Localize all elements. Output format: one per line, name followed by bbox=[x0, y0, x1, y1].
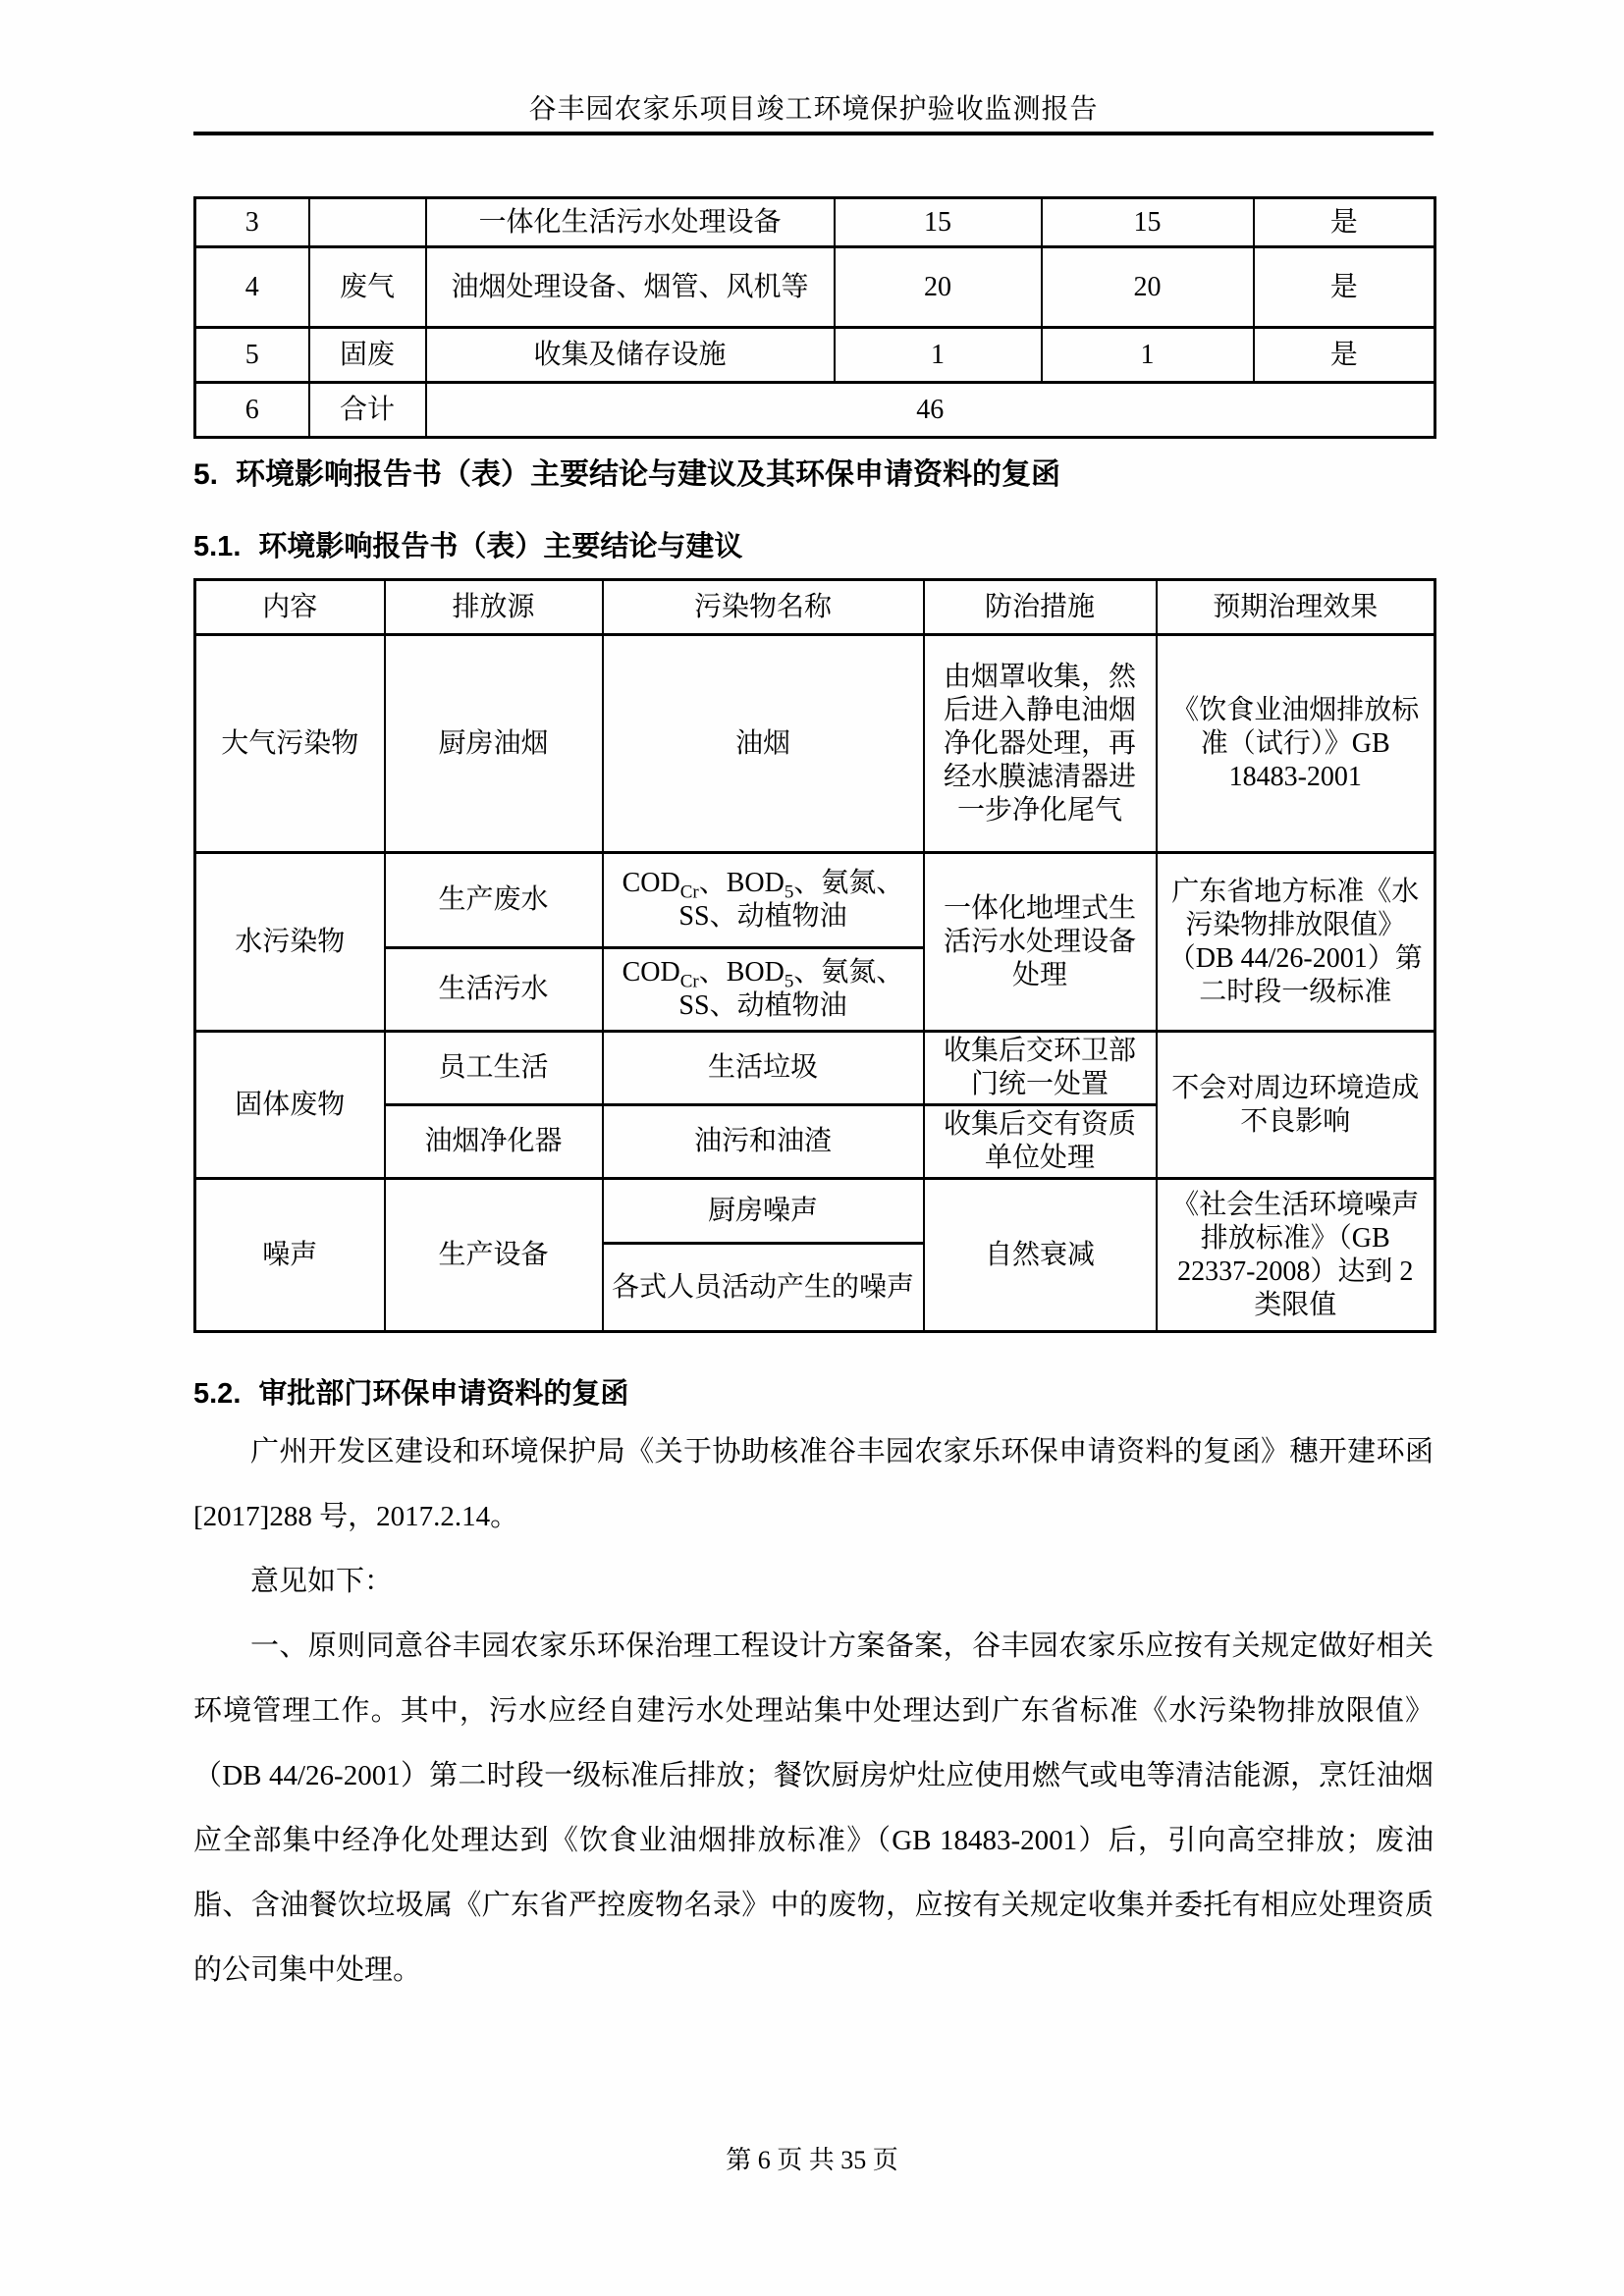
cell-value-2: 1 bbox=[1042, 328, 1254, 383]
cell-row-no: 3 bbox=[195, 198, 309, 247]
paragraph-opinion-detail: 一、原则同意谷丰园农家乐环保治理工程设计方案备案，谷丰园农家乐应按有关规定做好相… bbox=[193, 1614, 1434, 2002]
cell-value-2: 15 bbox=[1042, 198, 1254, 247]
cell-pollutant: 厨房噪声 bbox=[603, 1179, 924, 1244]
header-content: 内容 bbox=[195, 580, 385, 635]
cell-pollutant: 生活垃圾 bbox=[603, 1032, 924, 1105]
row-air-pollutant: 大气污染物 厨房油烟 油烟 由烟罩收集，然后进入静电油烟净化器处理，再经水膜滤清… bbox=[195, 635, 1435, 853]
cell-effect: 《饮食业油烟排放标准（试行）》GB 18483-2001 bbox=[1157, 635, 1435, 853]
cell-source: 生产设备 bbox=[385, 1179, 603, 1332]
cell-measure: 由烟罩收集，然后进入静电油烟净化器处理，再经水膜滤清器进一步净化尾气 bbox=[924, 635, 1157, 853]
cell-measure: 收集后交有资质单位处理 bbox=[924, 1105, 1157, 1179]
pollutant-subscript: Cr bbox=[680, 972, 699, 992]
section-5-2-heading: 5.2.审批部门环保申请资料的复函 bbox=[193, 1376, 1434, 1412]
cell-total-value: 46 bbox=[426, 383, 1435, 438]
cell-item: 一体化生活污水处理设备 bbox=[426, 198, 835, 247]
table-row: 4 废气 油烟处理设备、烟管、风机等 20 20 是 bbox=[195, 247, 1435, 328]
pollutant-subscript: 5 bbox=[785, 882, 794, 903]
section-title: 环境影响报告书（表）主要结论与建议 bbox=[258, 531, 742, 562]
cell-content: 大气污染物 bbox=[195, 635, 385, 853]
cell-row-no: 4 bbox=[195, 247, 309, 328]
pollutant-text: 、BOD bbox=[699, 868, 785, 898]
table-row-total: 6 合计 46 bbox=[195, 383, 1435, 438]
cell-source: 员工生活 bbox=[385, 1032, 603, 1105]
section-number: 5.1. bbox=[193, 531, 241, 562]
cell-measure: 自然衰减 bbox=[924, 1179, 1157, 1332]
cell-category: 固废 bbox=[309, 328, 426, 383]
cell-effect: 不会对周边环境造成不良影响 bbox=[1157, 1032, 1435, 1179]
cell-value-1: 15 bbox=[835, 198, 1042, 247]
cell-content: 水污染物 bbox=[195, 853, 385, 1032]
cell-category-total: 合计 bbox=[309, 383, 426, 438]
cell-measure: 一体化地埋式生活污水处理设备处理 bbox=[924, 853, 1157, 1032]
cell-item: 收集及储存设施 bbox=[426, 328, 835, 383]
page-number-footer: 第 6 页 共 35 页 bbox=[0, 2140, 1624, 2176]
table-row: 3 一体化生活污水处理设备 15 15 是 bbox=[195, 198, 1435, 247]
header-divider-rule bbox=[193, 132, 1434, 135]
document-header-title: 谷丰园农家乐项目竣工环境保护验收监测报告 bbox=[193, 0, 1434, 128]
table-header-row: 内容 排放源 污染物名称 防治措施 预期治理效果 bbox=[195, 580, 1435, 635]
cell-measure: 收集后交环卫部门统一处置 bbox=[924, 1032, 1157, 1105]
pollutant-subscript: Cr bbox=[680, 882, 699, 903]
section-title: 审批部门环保申请资料的复函 bbox=[258, 1378, 628, 1410]
page-content: 谷丰园农家乐项目竣工环境保护验收监测报告 3 一体化生活污水处理设备 15 15… bbox=[193, 0, 1434, 2002]
cell-value-1: 1 bbox=[835, 328, 1042, 383]
paragraph-opinion-intro: 意见如下： bbox=[193, 1549, 1434, 1614]
cell-item: 油烟处理设备、烟管、风机等 bbox=[426, 247, 835, 328]
table-row: 5 固废 收集及储存设施 1 1 是 bbox=[195, 328, 1435, 383]
cell-pollutant: CODCr、BOD5、氨氮、SS、动植物油 bbox=[603, 948, 924, 1032]
cell-pollutant: 各式人员活动产生的噪声 bbox=[603, 1244, 924, 1332]
cell-value-2: 20 bbox=[1042, 247, 1254, 328]
cell-source: 油烟净化器 bbox=[385, 1105, 603, 1179]
eia-conclusion-table: 内容 排放源 污染物名称 防治措施 预期治理效果 大气污染物 厨房油烟 油烟 由… bbox=[193, 578, 1436, 1333]
cell-category: 废气 bbox=[309, 247, 426, 328]
section-title: 环境影响报告书（表）主要结论与建议及其环保申请资料的复函 bbox=[236, 458, 1060, 491]
row-noise-kitchen: 噪声 生产设备 厨房噪声 自然衰减 《社会生活环境噪声排放标准》（GB 2233… bbox=[195, 1179, 1435, 1244]
header-source: 排放源 bbox=[385, 580, 603, 635]
cell-pollutant: CODCr、BOD5、氨氮、SS、动植物油 bbox=[603, 853, 924, 948]
paragraph-reply-letter: 广州开发区建设和环境保护局《关于协助核准谷丰园农家乐环保申请资料的复函》穗开建环… bbox=[193, 1419, 1434, 1549]
cell-pollutant: 油污和油渣 bbox=[603, 1105, 924, 1179]
cell-pollutant: 油烟 bbox=[603, 635, 924, 853]
section-number: 5. bbox=[193, 458, 218, 491]
row-solid-staff: 固体废物 员工生活 生活垃圾 收集后交环卫部门统一处置 不会对周边环境造成不良影… bbox=[195, 1032, 1435, 1105]
cell-content: 噪声 bbox=[195, 1179, 385, 1332]
cell-value-3: 是 bbox=[1254, 247, 1435, 328]
section-5-1-heading: 5.1.环境影响报告书（表）主要结论与建议 bbox=[193, 529, 1434, 564]
section-5-heading: 5.环境影响报告书（表）主要结论与建议及其环保申请资料的复函 bbox=[193, 456, 1434, 494]
pollutant-text: 、BOD bbox=[699, 957, 785, 988]
document-page: 谷丰园农家乐项目竣工环境保护验收监测报告 3 一体化生活污水处理设备 15 15… bbox=[0, 0, 1624, 2296]
cell-effect: 广东省地方标准《水污染物排放限值》（DB 44/26-2001）第二时段一级标准 bbox=[1157, 853, 1435, 1032]
cell-source: 生产废水 bbox=[385, 853, 603, 948]
cell-value-3: 是 bbox=[1254, 328, 1435, 383]
cell-category-empty bbox=[309, 198, 426, 247]
cell-source: 厨房油烟 bbox=[385, 635, 603, 853]
cell-value-1: 20 bbox=[835, 247, 1042, 328]
pollutant-text: COD bbox=[623, 957, 680, 988]
facility-count-table: 3 一体化生活污水处理设备 15 15 是 4 废气 油烟处理设备、烟管、风机等… bbox=[193, 196, 1436, 439]
cell-source: 生活污水 bbox=[385, 948, 603, 1032]
pollutant-text: COD bbox=[623, 868, 680, 898]
cell-value-3: 是 bbox=[1254, 198, 1435, 247]
header-effect: 预期治理效果 bbox=[1157, 580, 1435, 635]
cell-content: 固体废物 bbox=[195, 1032, 385, 1179]
pollutant-subscript: 5 bbox=[785, 972, 794, 992]
section-number: 5.2. bbox=[193, 1378, 241, 1410]
header-pollutant: 污染物名称 bbox=[603, 580, 924, 635]
cell-row-no: 5 bbox=[195, 328, 309, 383]
row-water-production: 水污染物 生产废水 CODCr、BOD5、氨氮、SS、动植物油 一体化地埋式生活… bbox=[195, 853, 1435, 948]
cell-effect: 《社会生活环境噪声排放标准》（GB 22337-2008）达到 2 类限值 bbox=[1157, 1179, 1435, 1332]
cell-row-no: 6 bbox=[195, 383, 309, 438]
header-measure: 防治措施 bbox=[924, 580, 1157, 635]
